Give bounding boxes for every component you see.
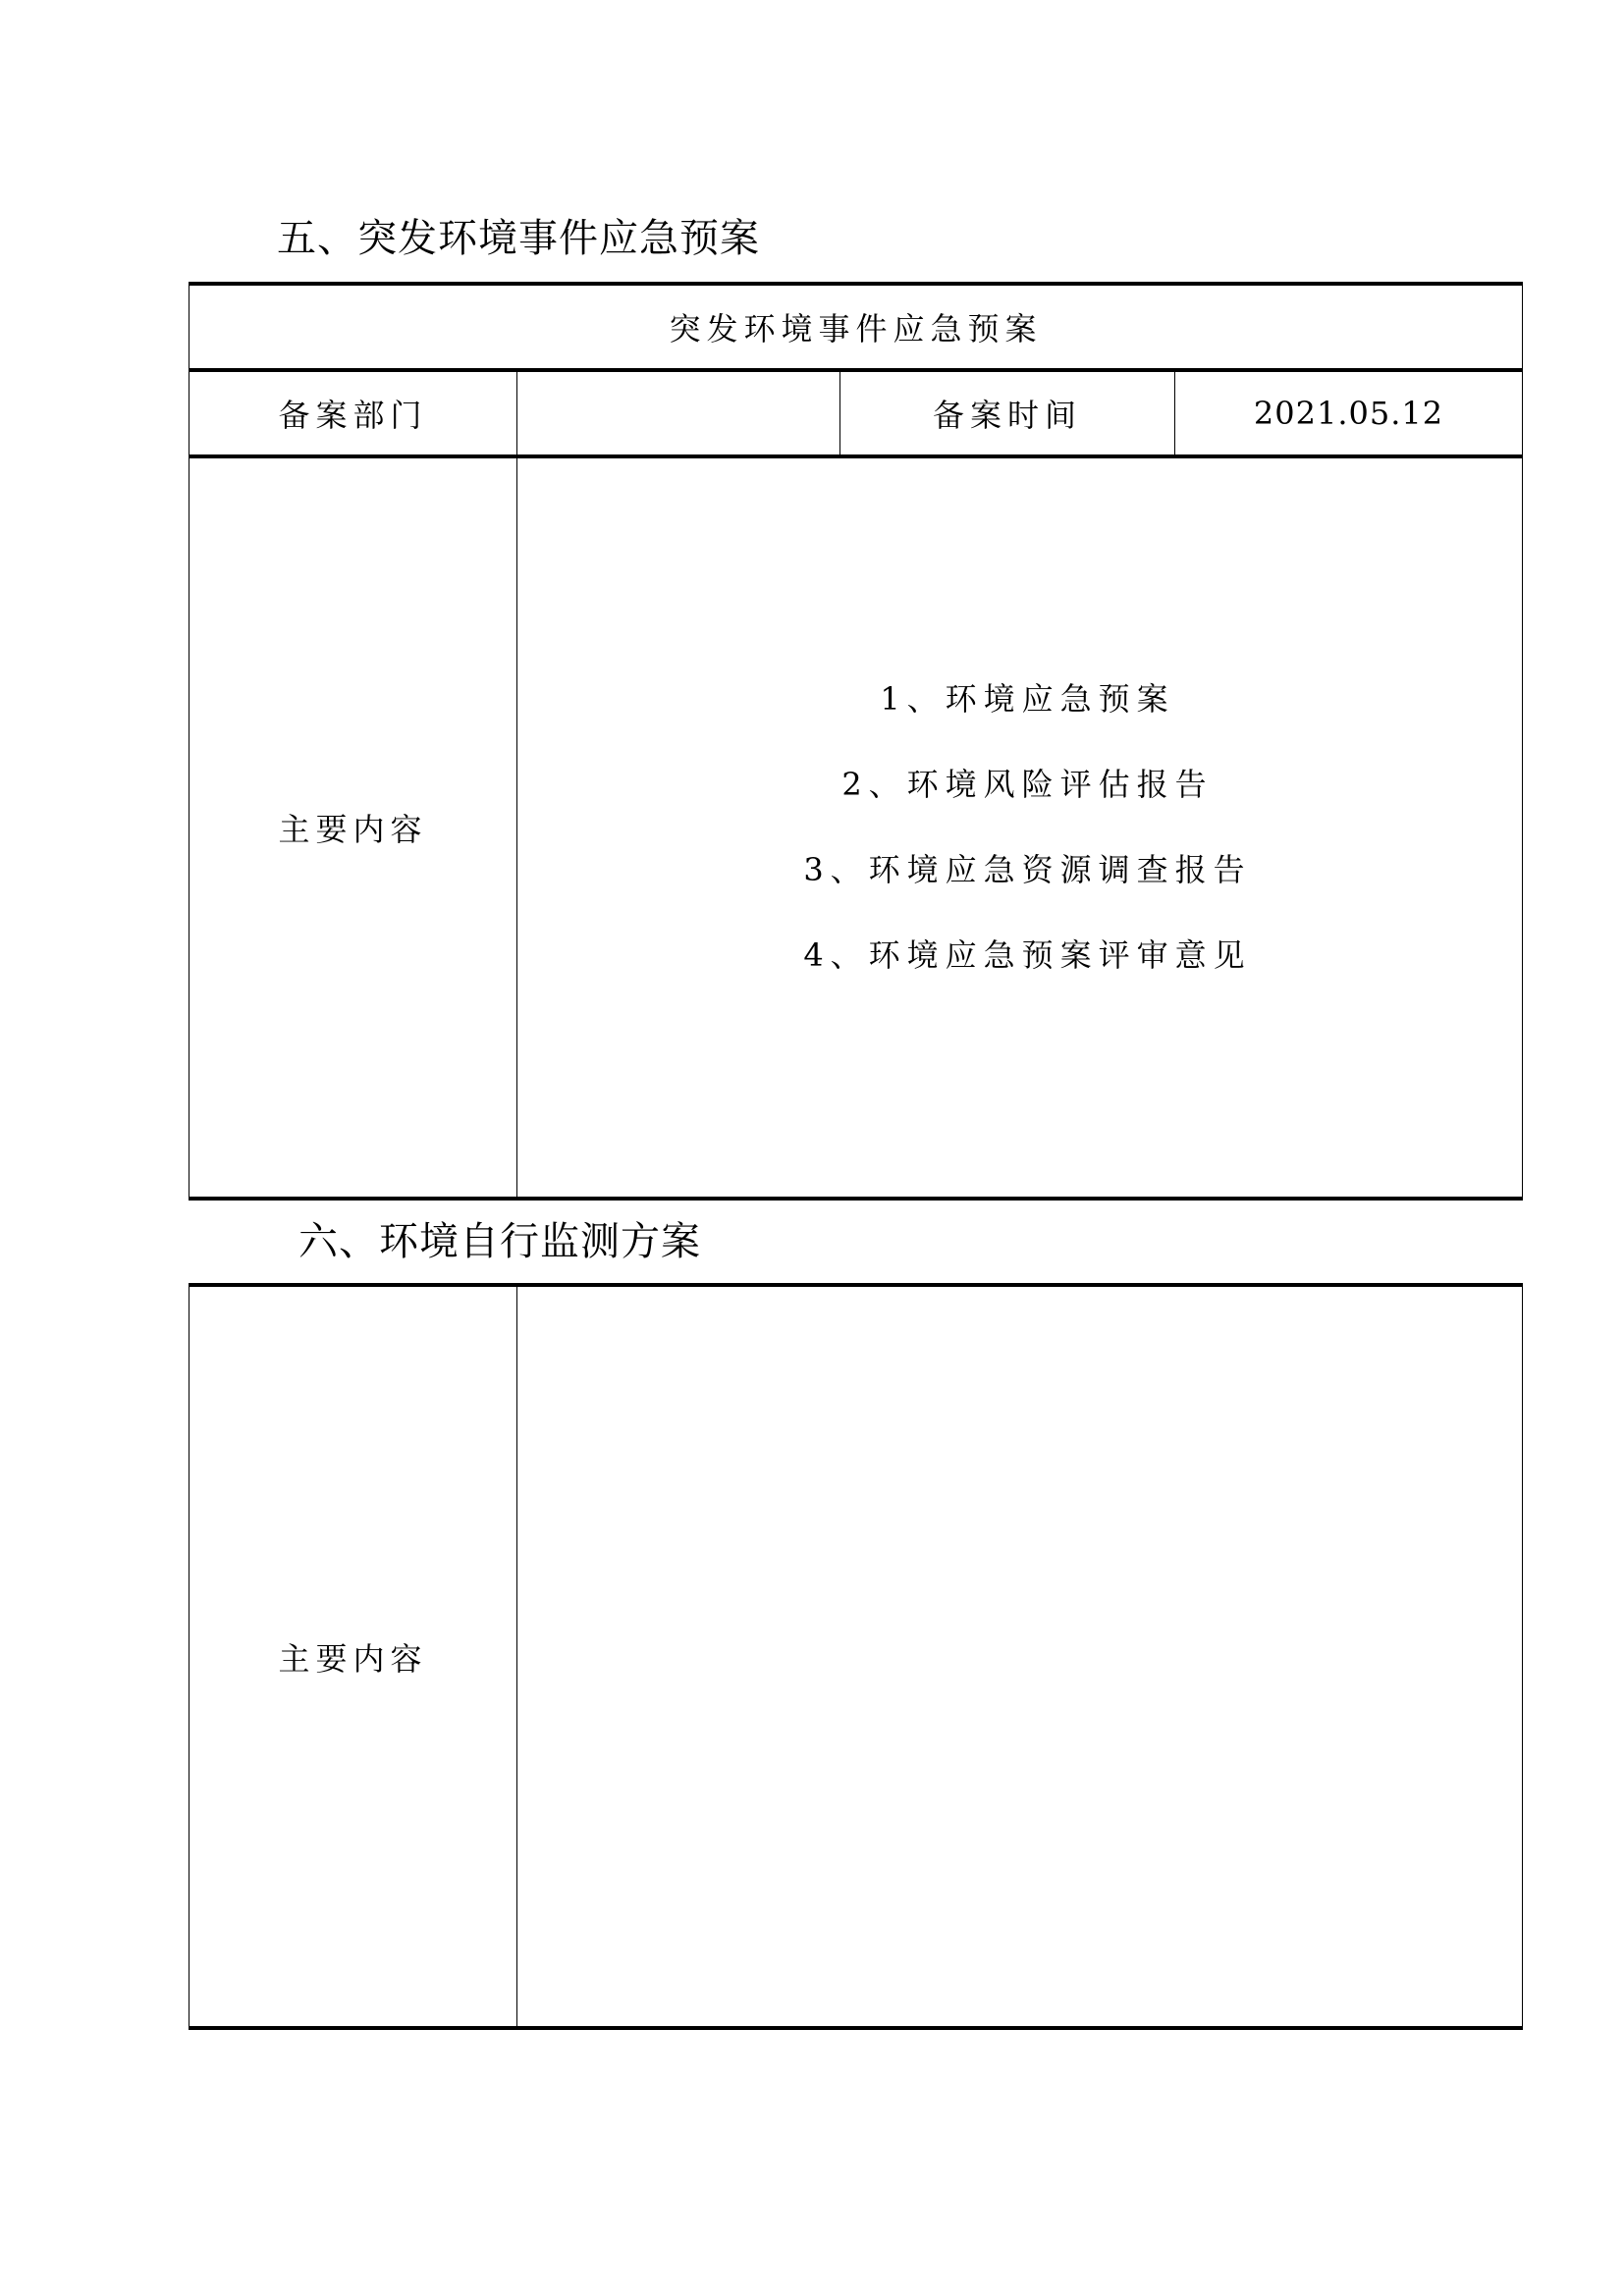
filing-dept-value <box>517 370 840 456</box>
filing-time-value: 2021.05.12 <box>1175 370 1523 456</box>
list-item: 2、环境风险评估报告 <box>533 742 1522 828</box>
main-content-label: 主要内容 <box>189 456 517 1199</box>
emergency-plan-table: 突发环境事件应急预案 备案部门 备案时间 2021.05.12 主要内容 1、环… <box>189 282 1523 1201</box>
table-header: 突发环境事件应急预案 <box>189 284 1523 370</box>
list-item: 1、环境应急预案 <box>533 657 1522 742</box>
main-content-cell: 1、环境应急预案 2、环境风险评估报告 3、环境应急资源调查报告 4、环境应急预… <box>517 456 1523 1199</box>
main-content-label: 主要内容 <box>189 1285 517 2028</box>
monitoring-plan-table: 主要内容 <box>189 1283 1523 2030</box>
filing-dept-label: 备案部门 <box>189 370 517 456</box>
content-list: 1、环境应急预案 2、环境风险评估报告 3、环境应急资源调查报告 4、环境应急预… <box>533 657 1522 998</box>
section-5-title: 五、突发环境事件应急预案 <box>277 215 760 262</box>
list-item: 3、环境应急资源调查报告 <box>533 828 1522 913</box>
main-content-value <box>517 1285 1523 2028</box>
filing-time-label: 备案时间 <box>840 370 1175 456</box>
section-6-title: 六、环境自行监测方案 <box>298 1218 701 1265</box>
list-item: 4、环境应急预案评审意见 <box>533 913 1522 998</box>
